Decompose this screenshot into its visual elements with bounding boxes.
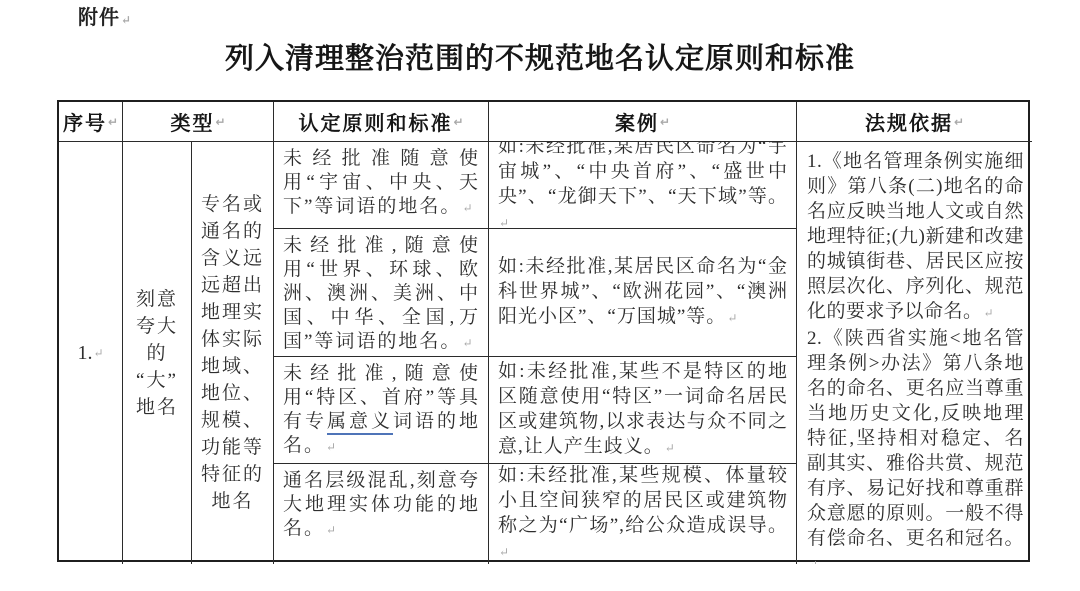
principle-cell-2: 未经批准,随意使用“世界、环球、欧洲、澳洲、美洲、中国、中华、全国,万国”等词语… — [274, 229, 489, 357]
paragraph-mark: ↵ — [499, 545, 509, 559]
paragraph-mark: ↵ — [108, 115, 118, 129]
document-page: 附件↵ 列入清理整治范围的不规范地名认定原则和标准 序号↵ 类型↵ 认定原则和标… — [0, 0, 1080, 591]
paragraph-mark: ↵ — [462, 336, 472, 350]
header-legal-label: 法规依据 — [865, 107, 953, 136]
case-cell-4: 如:未经批准,某些规模、体量较小且空间狭窄的居民区或建筑物称之为“广场”,给公众… — [489, 464, 797, 564]
paragraph-mark: ↵ — [326, 440, 336, 454]
page-title-text: 列入清理整治范围的不规范地名认定原则和标准 — [225, 43, 855, 75]
row-index-value: 1. — [77, 342, 92, 365]
paragraph-mark: ↵ — [665, 441, 675, 455]
paragraph-mark: ↵ — [499, 216, 509, 229]
type-main-cell: 刻意 夸大 的 “大” 地名 — [123, 142, 192, 564]
paragraph-mark: ↵ — [121, 13, 131, 27]
paragraph-mark: ↵ — [93, 346, 103, 361]
paragraph-mark: ↵ — [660, 115, 670, 129]
principle-text-1: 未经批准随意使用“宇宙、中央、天下”等词语的地名。 — [283, 148, 480, 217]
principle-text-3-underlined: 属意义 — [327, 411, 393, 435]
legal-basis-cell: 1.《地名管理条例实施细则》第八条(二)地名的命名应反映当地人文或自然地理特征;… — [797, 142, 1032, 564]
header-type-label: 类型 — [170, 107, 214, 136]
paragraph-mark: ↵ — [215, 115, 225, 129]
header-principle-label: 认定原则和标准 — [298, 107, 452, 136]
paragraph-mark: ↵ — [808, 558, 818, 564]
header-type: 类型↵ — [123, 102, 274, 142]
paragraph-mark: ↵ — [453, 115, 463, 129]
standards-table: 序号↵ 类型↵ 认定原则和标准↵ 案例↵ 法规依据↵ 1.↵ 刻意 夸大 的 “… — [57, 100, 1030, 562]
principle-text-4: 通名层级混乱,刻意夸大地理实体功能的地名。 — [283, 470, 480, 539]
header-legal: 法规依据↵ — [797, 102, 1032, 142]
header-principle: 认定原则和标准↵ — [274, 102, 489, 142]
attachment-label-text: 附件 — [78, 7, 120, 29]
legal-paragraph-2: 2.《陕西省实施<地名管理条例>办法》第八条地名的命名、更名应当尊重当地历史文化… — [807, 328, 1024, 549]
paragraph-mark: ↵ — [984, 306, 994, 320]
case-cell-1: 如:未经批准,某居民区命名为“宇宙城”、“中央首府”、“盛世中央”、“龙御天下”… — [489, 142, 797, 229]
attachment-label: 附件↵ — [78, 1, 131, 30]
type-sub-text: 专名或 通名的 含义远 远超出 地理实 体实际 地域、 地位、 规模、 功能等 … — [201, 191, 264, 515]
header-index-label: 序号 — [63, 107, 107, 136]
header-case: 案例↵ — [489, 102, 797, 142]
paragraph-mark: ↵ — [462, 201, 472, 215]
principle-cell-4: 通名层级混乱,刻意夸大地理实体功能的地名。↵ — [274, 464, 489, 564]
header-index: 序号↵ — [59, 102, 123, 142]
type-main-text: 刻意 夸大 的 “大” 地名 — [136, 286, 178, 421]
case-text-1: 如:未经批准,某居民区命名为“宇宙城”、“中央首府”、“盛世中央”、“龙御天下”… — [498, 142, 788, 207]
case-cell-2: 如:未经批准,某居民区命名为“金科世界城”、“欧洲花园”、“澳洲阳光小区”、“万… — [489, 229, 797, 357]
paragraph-mark: ↵ — [326, 523, 336, 537]
case-text-3: 如:未经批准,某些不是特区的地区随意使用“特区”一词命名居民区或建筑物,以求表达… — [498, 361, 788, 457]
type-sub-cell: 专名或 通名的 含义远 远超出 地理实 体实际 地域、 地位、 规模、 功能等 … — [192, 142, 274, 564]
page-title: 列入清理整治范围的不规范地名认定原则和标准 — [0, 36, 1080, 77]
principle-cell-1: 未经批准随意使用“宇宙、中央、天下”等词语的地名。↵ — [274, 142, 489, 229]
legal-paragraph-1: 1.《地名管理条例实施细则》第八条(二)地名的命名应反映当地人文或自然地理特征;… — [807, 151, 1024, 322]
principle-cell-3: 未经批准,随意使用“特区、首府”等具有专属意义词语的地名。↵ — [274, 357, 489, 464]
case-text-4: 如:未经批准,某些规模、体量较小且空间狭窄的居民区或建筑物称之为“广场”,给公众… — [498, 465, 788, 536]
paragraph-mark: ↵ — [954, 115, 964, 129]
principle-text-2: 未经批准,随意使用“世界、环球、欧洲、澳洲、美洲、中国、中华、全国,万国”等词语… — [283, 235, 480, 352]
header-case-label: 案例 — [615, 107, 659, 136]
row-index-cell: 1.↵ — [59, 142, 123, 564]
case-cell-3: 如:未经批准,某些不是特区的地区随意使用“特区”一词命名居民区或建筑物,以求表达… — [489, 357, 797, 464]
paragraph-mark: ↵ — [727, 311, 737, 325]
case-text-2: 如:未经批准,某居民区命名为“金科世界城”、“欧洲花园”、“澳洲阳光小区”、“万… — [498, 256, 788, 327]
